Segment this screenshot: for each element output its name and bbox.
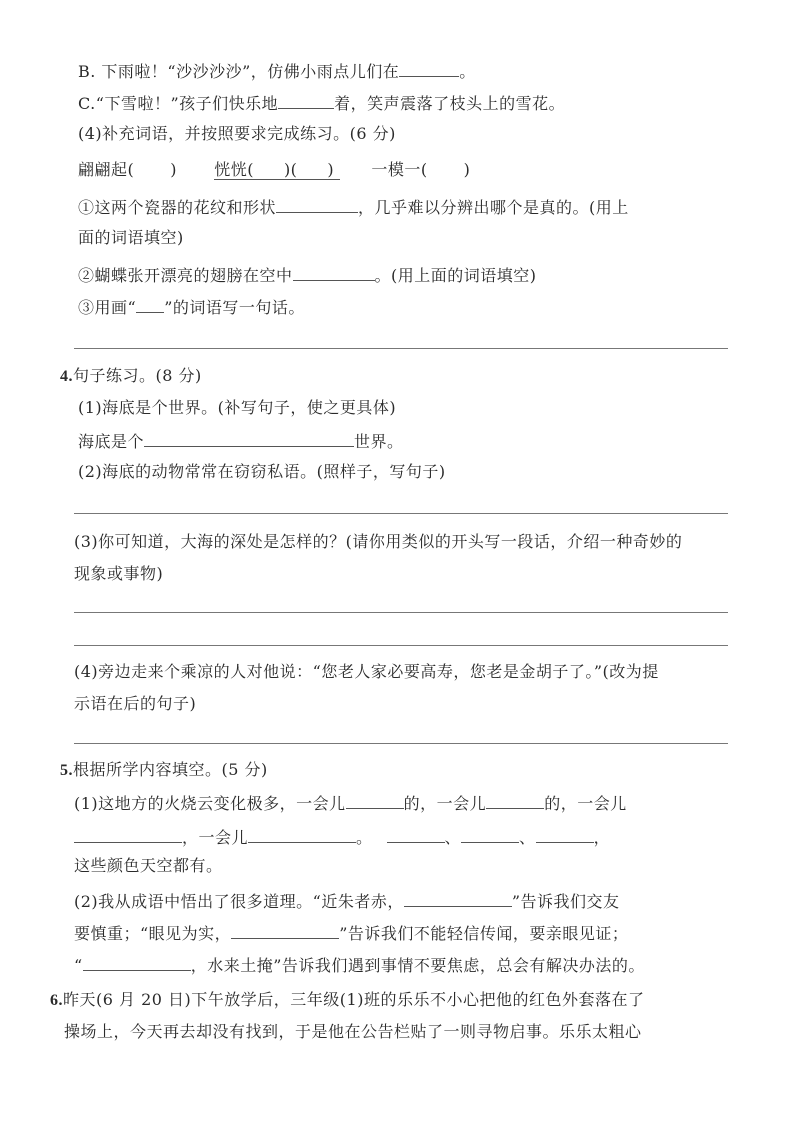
- text: ，水来土掩”告诉我们遇到事情不要焦虑，总会有解决办法的。: [191, 956, 645, 975]
- q6-line2: 操场上，今天再去却没有找到，于是他在公告栏贴了一则寻物启事。乐乐太粗心: [64, 1022, 642, 1042]
- text: 要慎重；“眼见为实，: [74, 924, 231, 943]
- q3-item-c-end: 着，笑声震落了枝头上的雪花。: [334, 94, 565, 113]
- q5-s2-a: (2)我从成语中悟出了很多道理。“近朱者赤，”告诉我们交友: [74, 890, 620, 912]
- question-number: 6.: [50, 992, 63, 1009]
- answer-blank[interactable]: [276, 196, 358, 213]
- q6-text: 昨天(6 月 20 日)下午放学后，三年级(1)班的乐乐不小心把他的红色外套落在…: [63, 990, 644, 1009]
- q3-words-row: 翩翩起() 恍恍()() 一模一(): [78, 160, 470, 180]
- q4-s3-a: (3)你可知道，大海的深处是怎样的？(请你用类似的开头写一段话，介绍一种奇妙的: [74, 532, 682, 552]
- q2-text: ②蝴蝶张开漂亮的翅膀在空中: [78, 266, 293, 285]
- text: ”告诉我们交友: [512, 892, 620, 911]
- q3-sub4-q1-cont: 面的词语填空): [78, 228, 184, 248]
- q5-s1-b: ，一会儿。、、，: [74, 826, 610, 848]
- word-huanghuang: 恍恍(: [214, 160, 254, 179]
- question-number: 4.: [60, 368, 73, 385]
- word-pianpian: 翩翩起(: [78, 160, 134, 179]
- text: 。: [356, 828, 373, 847]
- q5-s2-b: 要慎重；“眼见为实，”告诉我们不能轻信传闻，要亲眼见证；: [74, 922, 628, 944]
- answer-blank[interactable]: [248, 826, 356, 843]
- answer-blank[interactable]: [231, 922, 339, 939]
- text: 、: [519, 828, 536, 847]
- answer-blank[interactable]: [278, 92, 334, 109]
- answer-blank[interactable]: [461, 826, 519, 843]
- q6-line1: 6.昨天(6 月 20 日)下午放学后，三年级(1)班的乐乐不小心把他的红色外套…: [50, 990, 644, 1011]
- q3-text: ③用画“: [78, 298, 136, 317]
- q5-s1-a: (1)这地方的火烧云变化极多，一会儿的，一会儿的，一会儿: [74, 792, 627, 814]
- paren-close: ): [464, 160, 471, 179]
- paren-close: ): [327, 160, 334, 179]
- q3-sub4-q1: ①这两个瓷器的花纹和形状，几乎难以分辨出哪个是真的。(用上: [78, 196, 629, 218]
- q3-item-b: B. 下雨啦！“沙沙沙沙”，仿佛小雨点儿们在。: [78, 60, 476, 82]
- q4-s4-a: (4)旁边走来个乘凉的人对他说：“您老人家必要高寿，您老是金胡子了。”(改为提: [74, 662, 659, 682]
- text: ，一会儿: [182, 828, 248, 847]
- text: 、: [445, 828, 462, 847]
- q4-s3-b: 现象或事物): [74, 564, 163, 584]
- answer-line[interactable]: [74, 743, 728, 744]
- q5-s1-c: 这些颜色天空都有。: [74, 856, 223, 876]
- question-title: 句子练习。(8 分): [73, 366, 202, 385]
- q3-sub4-q2: ②蝴蝶张开漂亮的翅膀在空中。(用上面的词语填空): [78, 264, 537, 286]
- paren-mid: )(: [284, 160, 297, 179]
- text: ”告诉我们不能轻信传闻，要亲眼见证；: [339, 924, 628, 943]
- answer-line[interactable]: [74, 348, 728, 349]
- text: ，: [594, 828, 611, 847]
- underline-mark: [136, 296, 164, 313]
- q4-s4-b: 示语在后的句子): [74, 694, 196, 714]
- q1-text: ①这两个瓷器的花纹和形状: [78, 198, 276, 217]
- q3-item-b-text: B. 下雨啦！“沙沙沙沙”，仿佛小雨点儿们在: [78, 62, 399, 81]
- answer-blank[interactable]: [293, 264, 375, 281]
- text: (2)我从成语中悟出了很多道理。“近朱者赤，: [74, 892, 404, 911]
- word-yimoyi: 一模一(: [371, 160, 427, 179]
- answer-line[interactable]: [74, 645, 728, 646]
- q5-heading: 5.根据所学内容填空。(5 分): [60, 760, 268, 781]
- q3-item-c-text: C.“下雪啦！”孩子们快乐地: [78, 94, 278, 113]
- answer-blank[interactable]: [536, 826, 594, 843]
- answer-line[interactable]: [74, 513, 728, 514]
- question-title: 根据所学内容填空。(5 分): [73, 760, 268, 779]
- q4-s1: (1)海底是个世界。(补写句子，使之更具体): [78, 398, 396, 418]
- q4-s2: (2)海底的动物常常在窃窃私语。(照样子，写句子): [78, 462, 446, 482]
- answer-blank[interactable]: [404, 890, 512, 907]
- s1-fill-end: 世界。: [354, 432, 404, 451]
- q3-text-end: ”的词语写一句话。: [164, 298, 305, 317]
- q4-heading: 4.句子练习。(8 分): [60, 366, 202, 387]
- q3-sub4-title: (4)补充词语，并按照要求完成练习。(6 分): [78, 124, 396, 144]
- answer-blank[interactable]: [399, 60, 459, 77]
- answer-blank[interactable]: [486, 792, 544, 809]
- answer-blank[interactable]: [144, 430, 354, 447]
- q4-s1-fill: 海底是个世界。: [78, 430, 404, 452]
- answer-blank[interactable]: [346, 792, 404, 809]
- q2-text-end: 。(用上面的词语填空): [375, 266, 537, 285]
- paren-close: ): [170, 160, 177, 179]
- q1-text-end: ，几乎难以分辨出哪个是真的。(用上: [358, 198, 629, 217]
- text: (1)这地方的火烧云变化极多，一会儿: [74, 794, 346, 813]
- answer-blank[interactable]: [74, 826, 182, 843]
- s1-fill-text: 海底是个: [78, 432, 144, 451]
- q3-item-b-end: 。: [459, 62, 476, 81]
- answer-blank[interactable]: [83, 954, 191, 971]
- q5-s2-c: “，水来土掩”告诉我们遇到事情不要焦虑，总会有解决办法的。: [74, 954, 645, 976]
- text: 的，一会儿: [544, 794, 627, 813]
- text: “: [74, 956, 83, 975]
- answer-blank[interactable]: [387, 826, 445, 843]
- answer-line[interactable]: [74, 612, 728, 613]
- text: 的，一会儿: [404, 794, 487, 813]
- q3-sub4-q3: ③用画“”的词语写一句话。: [78, 296, 305, 318]
- q3-item-c: C.“下雪啦！”孩子们快乐地着，笑声震落了枝头上的雪花。: [78, 92, 565, 114]
- question-number: 5.: [60, 762, 73, 779]
